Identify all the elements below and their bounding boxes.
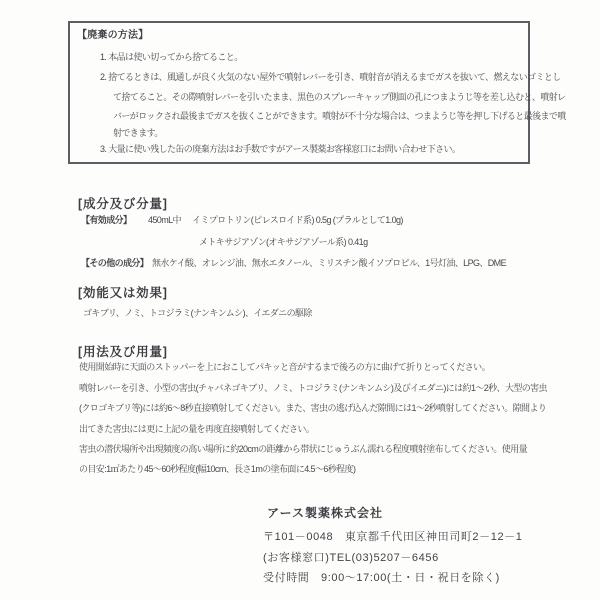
other-ingredients-label: 【その他の成分】 xyxy=(81,258,148,269)
usage-line-1: 使用開始時に天面のストッパーを上におこしてパキッと音がするまで後ろの方に曲げて折… xyxy=(79,362,490,373)
product-label-document: 【廃棄の方法】 1. 本品は使い切ってから捨てること。 2. 捨てるときは、風通… xyxy=(0,0,600,600)
disposal-item-2-line-4: 射できます。 xyxy=(113,128,163,139)
company-address: 〒101－0048 東京都千代田区神田司町2－12－1 xyxy=(263,528,523,544)
disposal-item-2-line-2: て捨てること。その際噴射レバーを引いたまま、黒色のスプレーキャップ側面の孔につま… xyxy=(113,92,565,103)
company-name: アース製薬株式会社 xyxy=(267,504,383,521)
usage-line-2: 噴射レバーを引き、小型の害虫(チャバネゴキブリ、ノミ、トコジラミ(ナンキンムシ)… xyxy=(79,383,547,394)
disposal-item-3: 3. 大量に使い残した缶の廃棄方法はお手数ですがアース製薬お客様窓口にお問い合わ… xyxy=(100,144,460,155)
disposal-method-box: 【廃棄の方法】 1. 本品は使い切ってから捨てること。 2. 捨てるときは、風通… xyxy=(68,21,530,164)
disposal-box-title: 【廃棄の方法】 xyxy=(77,30,148,41)
disposal-item-2-line-1: 2. 捨てるときは、風通しが良く火気のない屋外で噴射レバーを引き、噴射音が消える… xyxy=(100,72,561,83)
efficacy-heading: [効能又は効果] xyxy=(78,283,168,301)
active-ingredient-line-2: メトキサジアゾン(オキサジアゾール系) 0.41g xyxy=(199,237,367,248)
efficacy-text: ゴキブリ、ノミ、トコジラミ(ナンキンムシ)、イエダニの駆除 xyxy=(83,308,312,319)
usage-line-4: 出てきた害虫には更に上記の量を再度直接噴射してください。 xyxy=(79,424,314,435)
company-hours: 受付時間 9:00〜17:00(土・日・祝日を除く) xyxy=(263,569,500,585)
active-ingredient-line-1: イミプロトリン(ピレスロイド系) 0.5g (プラルとして1.0g) xyxy=(192,215,403,226)
active-ingredient-label: 【有効成分】 xyxy=(81,215,131,226)
disposal-item-2-line-3: バーがロックされ最後までガスを抜くことができます。噴射が不十分な場合は、つまよう… xyxy=(113,111,566,122)
other-ingredients-text: 無水ケイ酸、オレンジ油、無水エタノール、ミリスチン酸イソプロピル、1号灯油、LP… xyxy=(152,258,506,269)
disposal-item-1: 1. 本品は使い切ってから捨てること。 xyxy=(100,52,243,63)
company-phone: (お客様窓口)TEL(03)5207－6456 xyxy=(263,549,439,565)
usage-line-6: の目安:1㎡あたり45〜60秒程度(幅10cm、長さ1mの塗布面に4.5〜6秒程… xyxy=(79,464,355,475)
usage-heading: [用法及び用量] xyxy=(78,342,168,360)
usage-line-5: 害虫の潜伏場所や出現頻度の高い場所に約20cmの距離から帯状にじゅうぶん濡れる程… xyxy=(79,444,527,455)
ingredients-heading: [成分及び分量] xyxy=(78,194,168,212)
active-ingredient-volume: 450mL中 xyxy=(148,215,181,226)
usage-line-3: (クロゴキブリ等)には約6〜8秒直接噴射してください。また、害虫の逃げ込んだ隙間… xyxy=(79,403,546,414)
